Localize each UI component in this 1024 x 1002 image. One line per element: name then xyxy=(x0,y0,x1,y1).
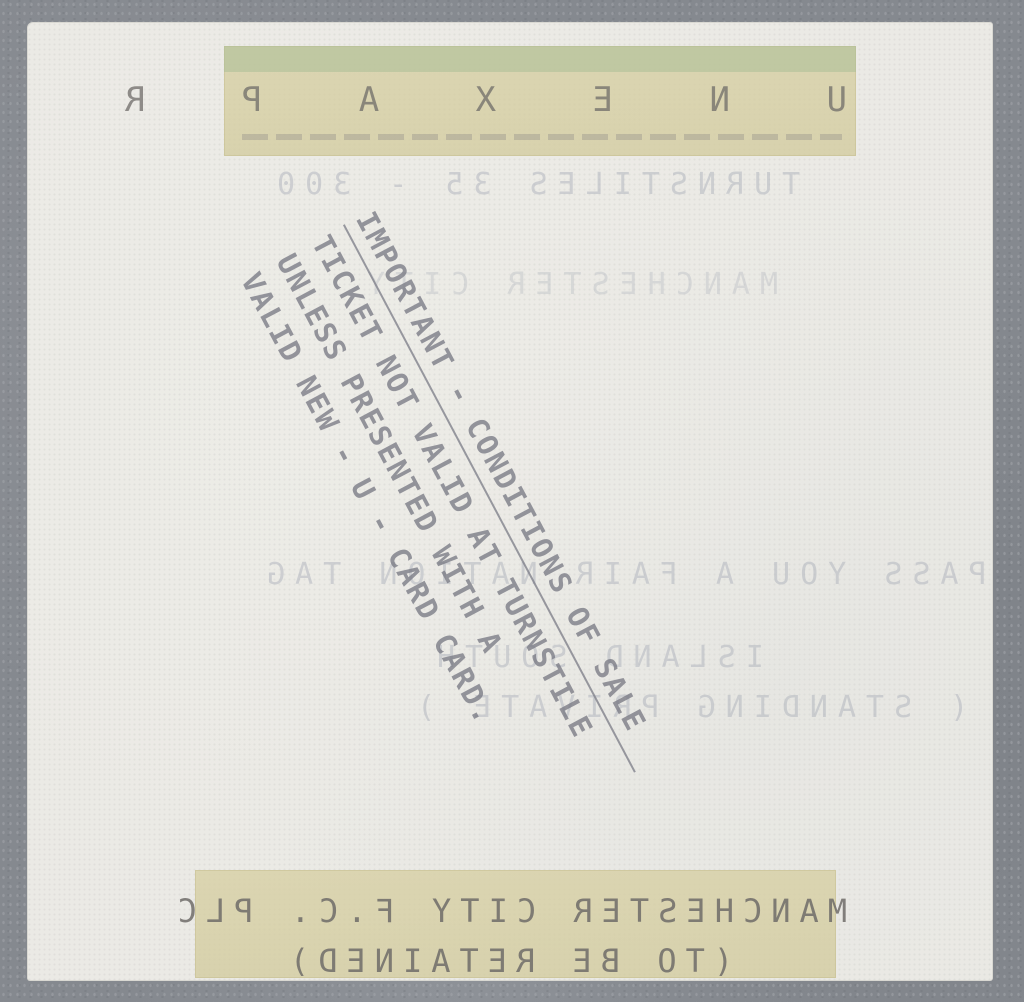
tape-bottom-text-line2: (TO BE RETAINED) xyxy=(227,942,787,980)
tape-bottom-text-line1: MANCHESTER CITY F.C. PLC xyxy=(207,892,847,930)
dashed-rule xyxy=(242,134,842,140)
rubber-stamp: IMPORTANT - CONDITIONS OF SALE TICKET NO… xyxy=(177,262,697,822)
show-through-line: TURNSTILES 35 - 300 xyxy=(267,167,800,202)
ticket-back: TURNSTILES 35 - 300 MANCHESTER CITY PASS… xyxy=(27,22,993,981)
tape-top-text: U N E X A P R I K xyxy=(247,80,847,120)
